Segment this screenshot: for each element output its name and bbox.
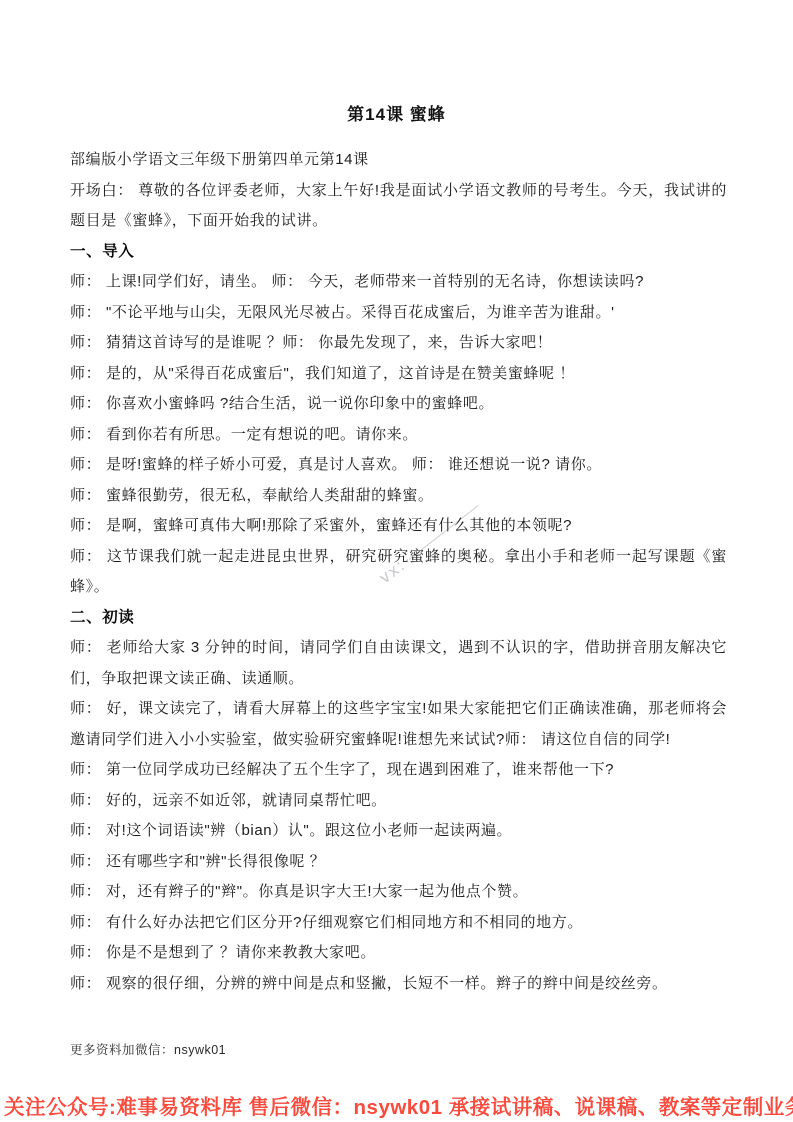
paragraph: 开场白： 尊敬的各位评委老师，大家上午好!我是面试小学语文教师的号考生。今天，我… — [70, 176, 727, 237]
promo-bar: 关注公众号:难事易资料库 售后微信：nsywk01 承接试讲稿、说课稿、教案等定… — [4, 1090, 793, 1120]
paragraph: 师： 有什么好办法把它们区分开?仔细观察它们相同地方和不相同的地方。 — [70, 908, 727, 939]
paragraph: 师： 上课!同学们好，请坐。 师： 今天，老师带来一首特别的无名诗，你想读读吗? — [70, 267, 727, 298]
paragraph: 师： 蜜蜂很勤劳，很无私，奉献给人类甜甜的蜂蜜。 — [70, 481, 727, 512]
paragraph: 师： 看到你若有所思。一定有想说的吧。请你来。 — [70, 420, 727, 451]
paragraph: 师： 是啊，蜜蜂可真伟大啊!那除了采蜜外，蜜蜂还有什么其他的本领呢? — [70, 511, 727, 542]
paragraph: 师： 还有哪些字和"辨"长得很像呢 ？ — [70, 847, 727, 878]
paragraph: 师： 你喜欢小蜜蜂吗 ?结合生活，说一说你印象中的蜜蜂吧。 — [70, 389, 727, 420]
document-page: 第14课 蜜蜂 部编版小学语文三年级下册第四单元第14课开场白： 尊敬的各位评委… — [0, 0, 793, 1122]
paragraph: 师： "不论平地与山尖，无限风光尽被占。采得百花成蜜后，为谁辛苦为谁甜。' — [70, 298, 727, 329]
paragraph: 师： 好的，远亲不如近邻，就请同桌帮忙吧。 — [70, 786, 727, 817]
paragraph: 师： 是的，从"采得百花成蜜后"，我们知道了，这首诗是在赞美蜜蜂呢 ！ — [70, 359, 727, 390]
paragraph: 师： 是呀!蜜蜂的样子娇小可爱，真是讨人喜欢。 师： 谁还想说一说? 请你。 — [70, 450, 727, 481]
paragraph: 师： 第一位同学成功已经解决了五个生字了，现在遇到困难了，谁来帮他一下? — [70, 755, 727, 786]
paragraph: 部编版小学语文三年级下册第四单元第14课 — [70, 145, 727, 176]
paragraph: 师： 对，还有辫子的"辫"。你真是识字大王!大家一起为他点个赞。 — [70, 877, 727, 908]
paragraph: 师： 对!这个词语读"辨（bian）认"。跟这位小老师一起读两遍。 — [70, 816, 727, 847]
paragraph: 师： 你是不是想到了 ？请你来教教大家吧。 — [70, 938, 727, 969]
paragraph: 师： 这节课我们就一起走进昆虫世界，研究研究蜜蜂的奥秘。拿出小手和老师一起写课题… — [70, 542, 727, 603]
paragraph: 师： 老师给大家 3 分钟的时间，请同学们自由读课文，遇到不认识的字，借助拼音朋… — [70, 633, 727, 694]
section-heading: 一、导入 — [70, 237, 727, 268]
page-title: 第14课 蜜蜂 — [0, 0, 793, 125]
footer-contact-note: 更多资料加微信：nsywk01 — [70, 1040, 226, 1058]
paragraph: 师： 猜猜这首诗写的是谁呢 ？师： 你最先发现了，来，告诉大家吧！ — [70, 328, 727, 359]
paragraph: 师： 好，课文读完了，请看大屏幕上的这些字宝宝!如果大家能把它们正确读准确，那老… — [70, 694, 727, 755]
document-body: 部编版小学语文三年级下册第四单元第14课开场白： 尊敬的各位评委老师，大家上午好… — [0, 125, 793, 999]
paragraph: 师： 观察的很仔细，分辨的辨中间是点和竖撇，长短不一样。辫子的辫中间是绞丝旁。 — [70, 969, 727, 1000]
section-heading: 二、初读 — [70, 603, 727, 634]
